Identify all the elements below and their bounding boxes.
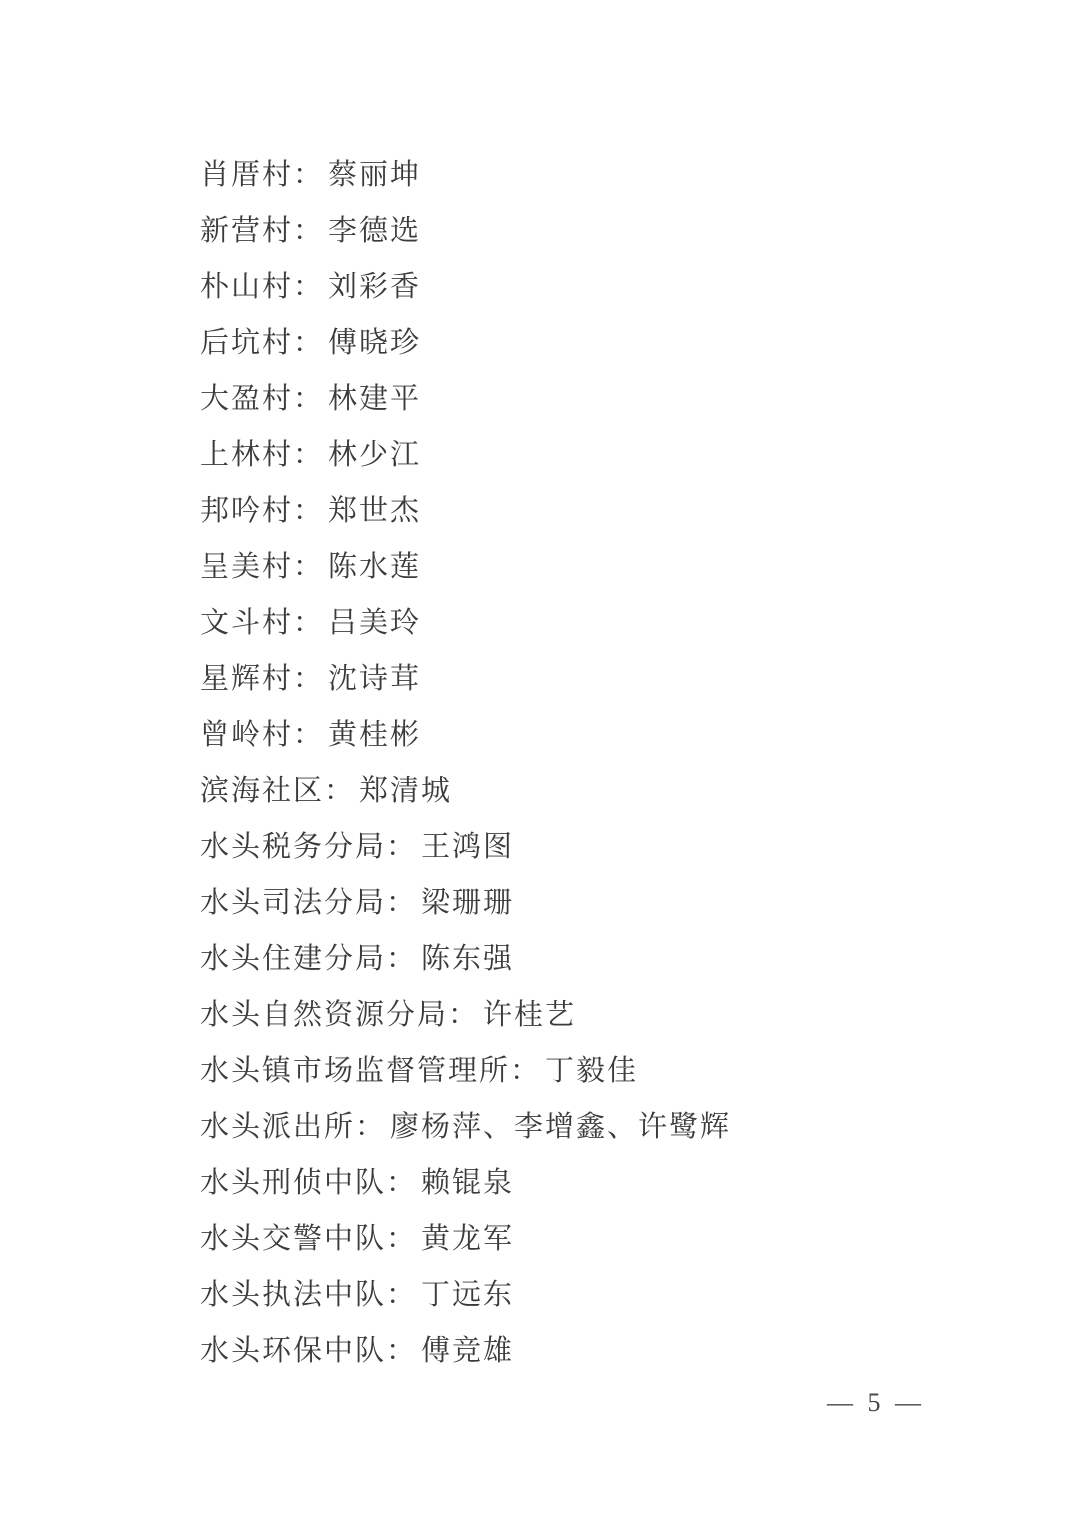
roster-line: 水头刑侦中队：赖锟泉 xyxy=(200,1152,1000,1208)
colon-separator: ： xyxy=(510,1048,541,1089)
unit-name: 水头自然资源分局 xyxy=(200,992,448,1033)
unit-name: 朴山村 xyxy=(200,264,293,305)
unit-name: 滨海社区 xyxy=(200,768,324,809)
roster-line: 水头镇市场监督管理所：丁毅佳 xyxy=(200,1040,1000,1096)
unit-name: 曾岭村 xyxy=(200,712,293,753)
roster-line: 滨海社区：郑清城 xyxy=(200,760,1000,816)
roster-line: 水头交警中队：黄龙军 xyxy=(200,1208,1000,1264)
colon-separator: ： xyxy=(386,1328,417,1369)
colon-separator: ： xyxy=(293,376,324,417)
roster-line: 水头派出所：廖杨萍、李增鑫、许鹭辉 xyxy=(200,1096,1000,1152)
unit-name: 后坑村 xyxy=(200,320,293,361)
person-names: 吕美玲 xyxy=(328,600,421,641)
unit-name: 上林村 xyxy=(200,432,293,473)
roster-line: 上林村：林少江 xyxy=(200,424,1000,480)
colon-separator: ： xyxy=(386,1272,417,1313)
roster-line: 文斗村：吕美玲 xyxy=(200,592,1000,648)
colon-separator: ： xyxy=(293,544,324,585)
person-names: 傅晓珍 xyxy=(328,320,421,361)
person-names: 梁珊珊 xyxy=(421,880,514,921)
person-names: 丁毅佳 xyxy=(545,1048,638,1089)
person-names: 傅竞雄 xyxy=(421,1328,514,1369)
roster-line: 大盈村：林建平 xyxy=(200,368,1000,424)
roster-line: 呈美村：陈水莲 xyxy=(200,536,1000,592)
colon-separator: ： xyxy=(324,768,355,809)
person-names: 沈诗茸 xyxy=(328,656,421,697)
unit-name: 水头环保中队 xyxy=(200,1328,386,1369)
roster-line: 新营村：李德选 xyxy=(200,200,1000,256)
roster-line: 水头环保中队：傅竞雄 xyxy=(200,1320,1000,1376)
colon-separator: ： xyxy=(293,600,324,641)
roster-line: 水头自然资源分局：许桂艺 xyxy=(200,984,1000,1040)
colon-separator: ： xyxy=(293,488,324,529)
roster-list: 肖厝村：蔡丽坤 新营村：李德选 朴山村：刘彩香 后坑村：傅晓珍 大盈村：林建平 … xyxy=(200,144,1000,1376)
colon-separator: ： xyxy=(293,320,324,361)
colon-separator: ： xyxy=(293,656,324,697)
roster-line: 曾岭村：黄桂彬 xyxy=(200,704,1000,760)
roster-line: 水头执法中队：丁远东 xyxy=(200,1264,1000,1320)
roster-line: 星辉村：沈诗茸 xyxy=(200,648,1000,704)
unit-name: 水头刑侦中队 xyxy=(200,1160,386,1201)
person-names: 廖杨萍、李增鑫、许鹭辉 xyxy=(390,1104,731,1145)
roster-line: 水头住建分局：陈东强 xyxy=(200,928,1000,984)
roster-line: 朴山村：刘彩香 xyxy=(200,256,1000,312)
person-names: 赖锟泉 xyxy=(421,1160,514,1201)
unit-name: 水头住建分局 xyxy=(200,936,386,977)
person-names: 黄龙军 xyxy=(421,1216,514,1257)
colon-separator: ： xyxy=(355,1104,386,1145)
person-names: 许桂艺 xyxy=(483,992,576,1033)
unit-name: 邦吟村 xyxy=(200,488,293,529)
roster-line: 肖厝村：蔡丽坤 xyxy=(200,144,1000,200)
unit-name: 水头派出所 xyxy=(200,1104,355,1145)
colon-separator: ： xyxy=(386,1160,417,1201)
unit-name: 呈美村 xyxy=(200,544,293,585)
unit-name: 水头税务分局 xyxy=(200,824,386,865)
colon-separator: ： xyxy=(293,264,324,305)
person-names: 林少江 xyxy=(328,432,421,473)
unit-name: 文斗村 xyxy=(200,600,293,641)
person-names: 王鸿图 xyxy=(421,824,514,865)
unit-name: 水头司法分局 xyxy=(200,880,386,921)
colon-separator: ： xyxy=(293,432,324,473)
unit-name: 星辉村 xyxy=(200,656,293,697)
colon-separator: ： xyxy=(386,824,417,865)
page-number: — 5 — xyxy=(827,1388,925,1418)
unit-name: 大盈村 xyxy=(200,376,293,417)
person-names: 李德选 xyxy=(328,208,421,249)
colon-separator: ： xyxy=(293,712,324,753)
document-page: 肖厝村：蔡丽坤 新营村：李德选 朴山村：刘彩香 后坑村：傅晓珍 大盈村：林建平 … xyxy=(0,0,1080,1527)
person-names: 郑世杰 xyxy=(328,488,421,529)
unit-name: 新营村 xyxy=(200,208,293,249)
roster-line: 水头司法分局：梁珊珊 xyxy=(200,872,1000,928)
person-names: 林建平 xyxy=(328,376,421,417)
unit-name: 肖厝村 xyxy=(200,152,293,193)
colon-separator: ： xyxy=(386,1216,417,1257)
unit-name: 水头镇市场监督管理所 xyxy=(200,1048,510,1089)
person-names: 郑清城 xyxy=(359,768,452,809)
colon-separator: ： xyxy=(386,936,417,977)
person-names: 丁远东 xyxy=(421,1272,514,1313)
unit-name: 水头执法中队 xyxy=(200,1272,386,1313)
person-names: 黄桂彬 xyxy=(328,712,421,753)
person-names: 陈水莲 xyxy=(328,544,421,585)
roster-line: 后坑村：傅晓珍 xyxy=(200,312,1000,368)
person-names: 刘彩香 xyxy=(328,264,421,305)
roster-line: 邦吟村：郑世杰 xyxy=(200,480,1000,536)
colon-separator: ： xyxy=(386,880,417,921)
colon-separator: ： xyxy=(293,152,324,193)
colon-separator: ： xyxy=(293,208,324,249)
person-names: 蔡丽坤 xyxy=(328,152,421,193)
colon-separator: ： xyxy=(448,992,479,1033)
unit-name: 水头交警中队 xyxy=(200,1216,386,1257)
roster-line: 水头税务分局：王鸿图 xyxy=(200,816,1000,872)
person-names: 陈东强 xyxy=(421,936,514,977)
